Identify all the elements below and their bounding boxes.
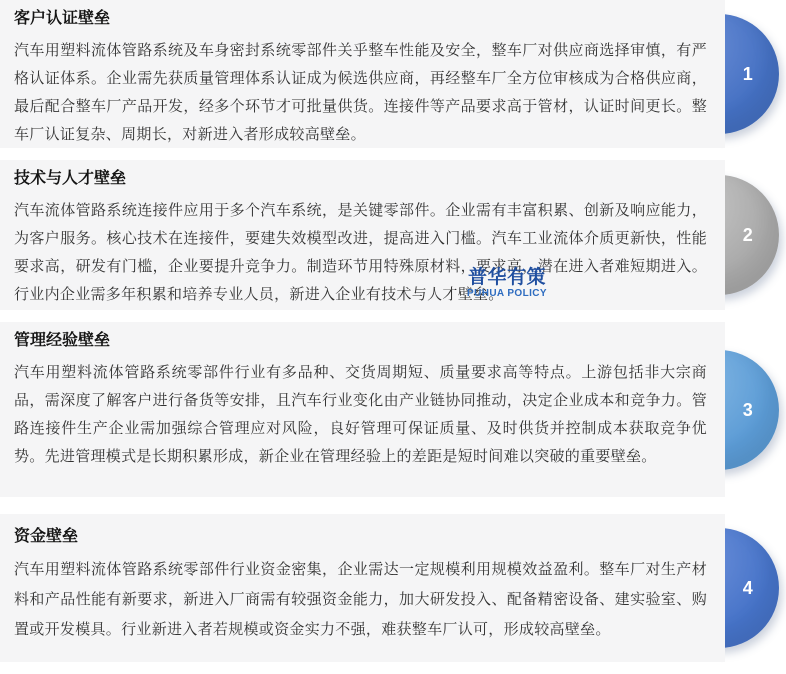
barrier-card-1: 客户认证壁垒 汽车用塑料流体管路系统及车身密封系统零部件关乎整车性能及安全，整车… bbox=[0, 0, 725, 148]
barrier-body: 汽车流体管路系统连接件应用于多个汽车系统，是关键零部件。企业需有丰富积累、创新及… bbox=[14, 197, 707, 309]
page: 1 客户认证壁垒 汽车用塑料流体管路系统及车身密封系统零部件关乎整车性能及安全，… bbox=[0, 0, 786, 674]
step-number: 2 bbox=[743, 226, 753, 244]
step-number: 4 bbox=[743, 579, 753, 597]
barrier-card-4: 资金壁垒 汽车用塑料流体管路系统零部件行业资金密集，企业需达一定规模利用规模效益… bbox=[0, 514, 725, 662]
barrier-card-2: 技术与人才壁垒 汽车流体管路系统连接件应用于多个汽车系统，是关键零部件。企业需有… bbox=[0, 160, 725, 310]
step-number: 3 bbox=[743, 401, 753, 419]
barrier-body: 汽车用塑料流体管路系统及车身密封系统零部件关乎整车性能及安全，整车厂对供应商选择… bbox=[14, 37, 707, 148]
barrier-body: 汽车用塑料流体管路系统零部件行业资金密集，企业需达一定规模利用规模效益盈利。整车… bbox=[14, 555, 707, 645]
barrier-card-3: 管理经验壁垒 汽车用塑料流体管路系统零部件行业有多品种、交货周期短、质量要求高等… bbox=[0, 322, 725, 497]
barrier-section-1: 1 客户认证壁垒 汽车用塑料流体管路系统及车身密封系统零部件关乎整车性能及安全，… bbox=[0, 0, 786, 148]
barrier-title: 客户认证壁垒 bbox=[14, 9, 707, 29]
barrier-title: 资金壁垒 bbox=[14, 527, 707, 547]
step-number: 1 bbox=[743, 65, 753, 83]
barrier-section-3: 3 管理经验壁垒 汽车用塑料流体管路系统零部件行业有多品种、交货周期短、质量要求… bbox=[0, 322, 786, 497]
barrier-body: 汽车用塑料流体管路系统零部件行业有多品种、交货周期短、质量要求高等特点。上游包括… bbox=[14, 359, 707, 471]
barrier-section-2: 2 技术与人才壁垒 汽车流体管路系统连接件应用于多个汽车系统，是关键零部件。企业… bbox=[0, 160, 786, 310]
barrier-section-4: 4 资金壁垒 汽车用塑料流体管路系统零部件行业资金密集，企业需达一定规模利用规模… bbox=[0, 514, 786, 662]
barrier-title: 管理经验壁垒 bbox=[14, 331, 707, 351]
barrier-title: 技术与人才壁垒 bbox=[14, 169, 707, 189]
